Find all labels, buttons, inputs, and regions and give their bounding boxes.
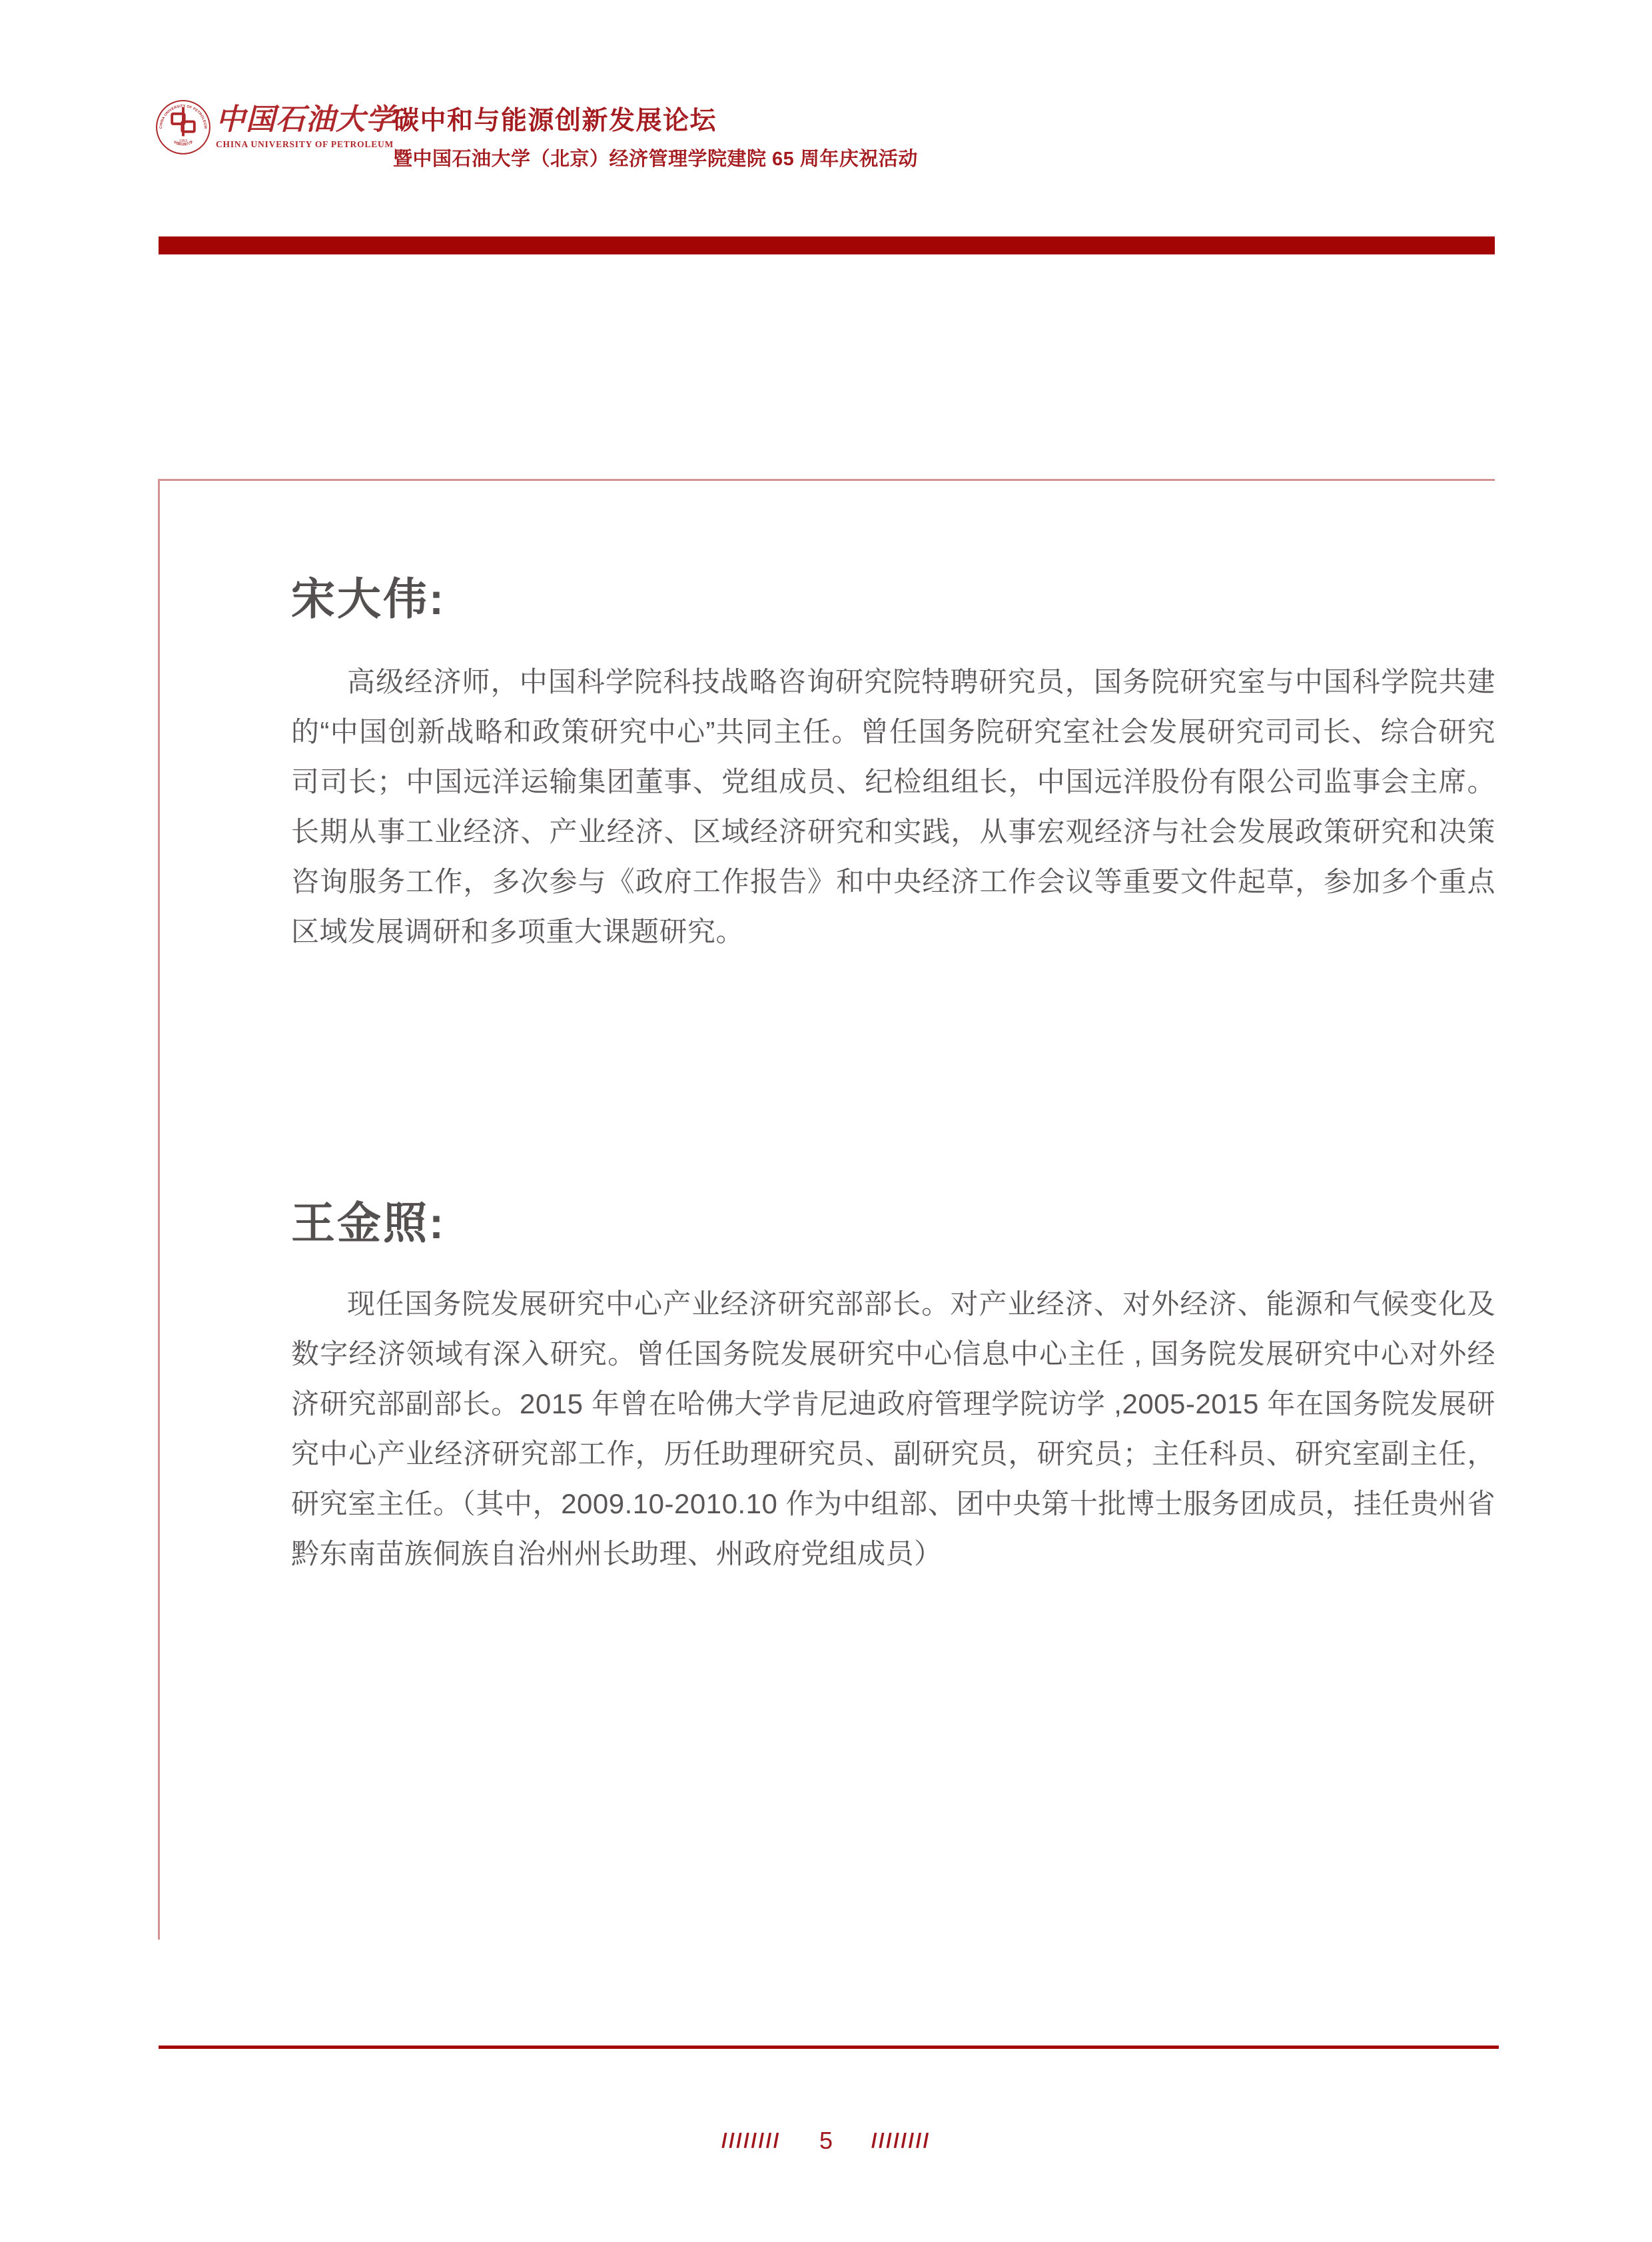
forum-title-block: 碳中和与能源创新发展论坛 暨中国石油大学（北京）经济管理学院建院 65 周年庆祝…: [393, 100, 918, 171]
university-name-en: CHINA UNIVERSITY OF PETROLEUM: [216, 139, 396, 150]
forum-title: 碳中和与能源创新发展论坛: [393, 100, 918, 137]
seal-monogram-icon: [172, 107, 195, 137]
page-footer: //////// 5 ////////: [0, 2127, 1652, 2155]
person-name-heading: 宋大伟:: [291, 563, 446, 627]
person-name-heading: 王金照:: [291, 1188, 446, 1251]
forum-subtitle: 暨中国石油大学（北京）经济管理学院建院 65 周年庆祝活动: [393, 144, 918, 171]
university-logo: 中国石油大学 CHINA UNIVERSITY OF PETROLEUM: [216, 104, 396, 150]
header-divider-bar: [159, 236, 1495, 254]
footer-slashes-left: ////////: [721, 2129, 781, 2153]
page: CHINA UNIVERSITY OF PETROLEUM 1953 中国石油大…: [0, 0, 1652, 2242]
footer-slashes-right: ////////: [871, 2129, 931, 2153]
page-number: 5: [819, 2127, 833, 2155]
university-seal-icon: CHINA UNIVERSITY OF PETROLEUM 1953 中国石油大…: [155, 99, 211, 155]
person-bio: 高级经济师，中国科学院科技战略咨询研究院特聘研究员，国务院研究室与中国科学院共建…: [291, 657, 1495, 956]
footer-divider-line: [159, 2046, 1499, 2049]
university-name-cn: 中国石油大学: [216, 104, 396, 136]
person-bio: 现任国务院发展研究中心产业经济研究部部长。对产业经济、对外经济、能源和气候变化及…: [291, 1279, 1495, 1579]
